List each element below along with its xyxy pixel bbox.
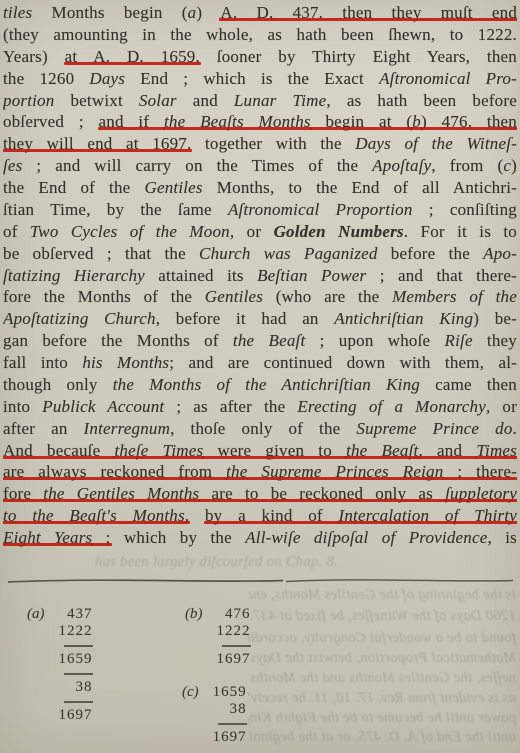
- text-segment: , as hath been before: [326, 91, 517, 110]
- text-segment: they: [473, 331, 517, 350]
- red-underlined-text: ſuppletory: [445, 484, 517, 503]
- text-segment: ſtatizing Hierarchy: [3, 266, 145, 285]
- text-segment: portion: [3, 91, 54, 110]
- showthrough-text: found to be a wonderful Congruity, accor…: [248, 631, 516, 646]
- text-segment: Gentiles: [144, 178, 202, 197]
- text-segment: Months, to the End of all Antichri-: [203, 178, 517, 197]
- text-segment: , or: [230, 222, 274, 241]
- footnote-number: 1222: [217, 623, 251, 640]
- text-segment: c: [503, 156, 511, 175]
- text-segment: Apoſtaſy: [372, 156, 431, 175]
- text-line: fore the Gentiles Months are to be recko…: [3, 483, 517, 505]
- sum-rule: [64, 640, 93, 651]
- text-segment: . For it is to: [404, 222, 517, 241]
- text-line: Years) at A. D. 1659, ſooner by Thirty E…: [3, 46, 517, 68]
- text-segment: ſes: [3, 156, 22, 175]
- text-line: And becauſe theſe Times were given to th…: [3, 440, 517, 462]
- book-page-scan: has been largely diſcourſed on Chap. 8.i…: [0, 0, 520, 753]
- showthrough-text: as is evident from Rev. 17. 10, 11. he r…: [248, 691, 516, 706]
- text-segment: (who are the: [263, 287, 392, 306]
- text-line: the End of the Gentiles Months, to the E…: [3, 177, 517, 199]
- footnote-number: 476: [225, 606, 251, 623]
- text-segment: Gentiles: [205, 287, 263, 306]
- text-segment: End ; which is the Exact: [125, 69, 379, 88]
- footnote-label: (b): [185, 606, 203, 623]
- text-segment: tiles: [3, 3, 52, 22]
- text-segment: , is: [487, 528, 517, 547]
- text-line: Eight Years ; which by the All-wiſe diſp…: [3, 527, 517, 549]
- red-underlined-text: are to be reckoned only as: [199, 484, 445, 503]
- text-segment: ) be-: [473, 309, 517, 328]
- red-underlined-text: fore: [3, 484, 43, 503]
- footnote-b: (b)47612221697: [185, 606, 251, 668]
- text-segment: Apo-: [483, 244, 517, 263]
- footnote-number: 1222: [59, 623, 93, 640]
- text-segment: Erecting of a Monarchy: [297, 397, 486, 416]
- showthrough-text: until the End of A. D. 475. or at the be…: [248, 730, 516, 745]
- text-segment: Days: [89, 69, 125, 88]
- text-segment: his Months: [82, 353, 169, 372]
- text-segment: into: [3, 397, 42, 416]
- sum-rule: [64, 696, 93, 707]
- text-line: into Publick Account ; as after the Erec…: [3, 396, 517, 418]
- text-segment: , from (: [431, 156, 503, 175]
- showthrough-text: 1260 Days of the Witneſſes, be fixed at …: [248, 609, 516, 624]
- red-underlined-text: at A. D. 1659,: [65, 47, 200, 66]
- text-line: though only the Months of the Antichriſt…: [3, 374, 517, 396]
- text-segment: the Beaſt: [233, 331, 305, 350]
- text-line: to the Beaſt's Months, by a kind of Inte…: [3, 505, 517, 527]
- text-segment: Golden Numbers: [274, 222, 404, 241]
- footnote-c: (c)1659381697: [182, 684, 247, 746]
- footnote-number: 1697: [213, 729, 247, 746]
- red-underlined-text: begin at (: [311, 112, 413, 131]
- footnote-number: 1697: [217, 651, 251, 668]
- text-segment: .: [513, 419, 517, 438]
- text-segment: Interregnum: [84, 419, 171, 438]
- text-line: the 1260 Days End ; which is the Exact A…: [3, 68, 517, 90]
- text-segment: after an: [3, 419, 84, 438]
- text-segment: Antichriſtian King: [334, 309, 473, 328]
- red-underlined-text: Intercalation of Thirty: [339, 506, 518, 525]
- text-segment: Church was Paganized: [199, 244, 378, 263]
- text-segment: attained its: [145, 266, 257, 285]
- text-segment: Supreme Prince do: [356, 419, 512, 438]
- sum-rule: [222, 640, 251, 651]
- text-segment: and: [177, 91, 234, 110]
- text-segment: ; as after the: [164, 397, 297, 416]
- footnote-number: 1659: [59, 651, 93, 668]
- red-underlined-text: they will end at 1697.: [3, 134, 191, 153]
- text-segment: ): [511, 156, 517, 175]
- showthrough-text: neſſes, the Gentiles Months and the Mont…: [248, 671, 516, 686]
- text-segment: ): [196, 3, 220, 22]
- text-line: portion betwixt Solar and Lunar Time, as…: [3, 90, 517, 112]
- text-segment: betwixt: [54, 91, 138, 110]
- footnote-number: 1697: [59, 707, 93, 724]
- text-line: be obſerved ; that the Church was Pagani…: [3, 243, 517, 265]
- red-underlined-text: A. D. 437. then they muſt end: [220, 3, 517, 22]
- text-segment: ; conſiſting: [413, 200, 517, 219]
- text-segment: ; and that there-: [366, 266, 517, 285]
- text-line: ſes ; and will carry on the Times of the…: [3, 155, 517, 177]
- text-line: Apoſtatizing Church, before it had an An…: [3, 308, 517, 330]
- text-segment: fore the Months of the: [3, 287, 205, 306]
- red-underlined-text: And becauſe: [3, 441, 114, 460]
- text-segment: All-wiſe diſpoſal of Providence: [245, 528, 487, 547]
- text-line: they will end at 1697. together with the…: [3, 133, 517, 155]
- text-segment: Years): [3, 47, 65, 66]
- text-segment: , before it had an: [156, 309, 335, 328]
- text-segment: Lunar Time: [234, 91, 326, 110]
- text-segment: ; upon whoſe: [305, 331, 444, 350]
- footnote-label: (c): [182, 684, 199, 701]
- footnote-number: 1659: [213, 684, 247, 701]
- text-segment: Solar: [139, 91, 177, 110]
- text-line: (they amounting in the whole, as hath be…: [3, 24, 517, 46]
- red-underlined-text: the Gentiles Months: [43, 484, 199, 503]
- footnote-label: (a): [27, 606, 45, 623]
- text-line: tiles Months begin (a) A. D. 437. then t…: [3, 2, 517, 24]
- text-line: ſtian Time, by the ſame Aſtronomical Pro…: [3, 199, 517, 221]
- text-segment: Riſe: [445, 331, 473, 350]
- section-divider: [0, 574, 520, 588]
- text-line: after an Interregnum, thoſe only of the …: [3, 418, 517, 440]
- red-underlined-text: by a kind of: [205, 506, 339, 525]
- text-segment: , or: [486, 397, 517, 416]
- text-line: are always reckoned from the Supreme Pri…: [3, 461, 517, 483]
- text-segment: (they amounting in the whole, as hath be…: [3, 25, 517, 44]
- text-line: fore the Months of the Gentiles (who are…: [3, 286, 517, 308]
- footnote-number: 38: [230, 701, 247, 718]
- text-segment: Beſtian Power: [257, 266, 366, 285]
- text-segment: Aſtronomical Proportion: [228, 200, 413, 219]
- text-segment: gan before the Months of: [3, 331, 233, 350]
- text-segment: Aſtronomical Pro-: [379, 69, 517, 88]
- footnote-number: 437: [67, 606, 93, 623]
- text-line: of Two Cycles of the Moon, or Golden Num…: [3, 221, 517, 243]
- red-underlined-text: to the Beaſt's Months,: [3, 506, 189, 525]
- text-segment: together with the: [191, 134, 355, 153]
- red-underlined-text: and if: [99, 112, 164, 131]
- text-segment: which by the: [111, 528, 246, 547]
- footnote-a: (a)43712221659381697: [27, 606, 93, 724]
- text-segment: Two Cycles of the Moon: [30, 222, 230, 241]
- red-underlined-text: the Supreme Princes Reign: [226, 462, 443, 481]
- red-underlined-text: are always reckoned from: [3, 462, 226, 481]
- text-segment: be obſerved ; that the: [3, 244, 199, 263]
- text-segment: [189, 506, 205, 525]
- red-underlined-text: the Beaſt: [346, 441, 418, 460]
- text-segment: of: [3, 222, 30, 241]
- sum-rule: [218, 718, 247, 729]
- showthrough-text: power until he became to be the Eighth K…: [248, 711, 516, 726]
- body-text: tiles Months begin (a) A. D. 437. then t…: [3, 2, 517, 549]
- text-segment: ; and are continued down with them, al-: [169, 353, 517, 372]
- footnote-number: 38: [76, 679, 93, 696]
- red-underlined-text: Times: [476, 441, 517, 460]
- red-underlined-text: the Beaſts Months: [164, 112, 311, 131]
- text-segment: ſtian Time, by the ſame: [3, 200, 228, 219]
- text-segment: ſooner by Thirty Eight Years, then: [200, 47, 517, 66]
- text-segment: Days of the Witneſ-: [355, 134, 517, 153]
- showthrough-text: Mathematical Proportion, betwixt the Day…: [248, 651, 516, 666]
- text-segment: Publick Account: [42, 397, 164, 416]
- text-segment: fall into: [3, 353, 82, 372]
- sum-rule: [64, 668, 93, 679]
- text-segment: a: [188, 3, 197, 22]
- text-segment: before the: [378, 244, 484, 263]
- red-underlined-text: ;: [92, 528, 110, 547]
- red-underlined-text: ; there-: [443, 462, 517, 481]
- red-underlined-text: were given to: [203, 441, 346, 460]
- text-segment: though only: [3, 375, 113, 394]
- text-segment: Apoſtatizing Church: [3, 309, 156, 328]
- showthrough-text: is the beginning of the Gentiles Months,…: [248, 588, 516, 603]
- red-underlined-text: , and: [418, 441, 476, 460]
- text-segment: ; and will carry on the Times of the: [22, 156, 372, 175]
- text-segment: , thoſe only of the: [170, 419, 356, 438]
- text-line: gan before the Months of the Beaſt ; upo…: [3, 330, 517, 352]
- text-segment: the 1260: [3, 69, 89, 88]
- text-segment: Members of the: [392, 287, 517, 306]
- text-segment: the End of the: [3, 178, 144, 197]
- text-line: fall into his Months; and are continued …: [3, 352, 517, 374]
- red-underlined-text: Eight Years: [3, 528, 92, 547]
- text-segment: obſerved ;: [3, 112, 99, 131]
- red-underlined-text: ) 476. then: [421, 112, 517, 131]
- text-segment: the Months of the Antichriſtian King: [113, 375, 420, 394]
- red-underlined-text: theſe Times: [114, 441, 203, 460]
- text-line: ſtatizing Hierarchy attained its Beſtian…: [3, 265, 517, 287]
- text-line: obſerved ; and if the Beaſts Months begi…: [3, 111, 517, 133]
- text-segment: Months begin (: [52, 3, 188, 22]
- text-segment: came then: [420, 375, 517, 394]
- showthrough-text: has been largely diſcourſed on Chap. 8.: [95, 555, 425, 570]
